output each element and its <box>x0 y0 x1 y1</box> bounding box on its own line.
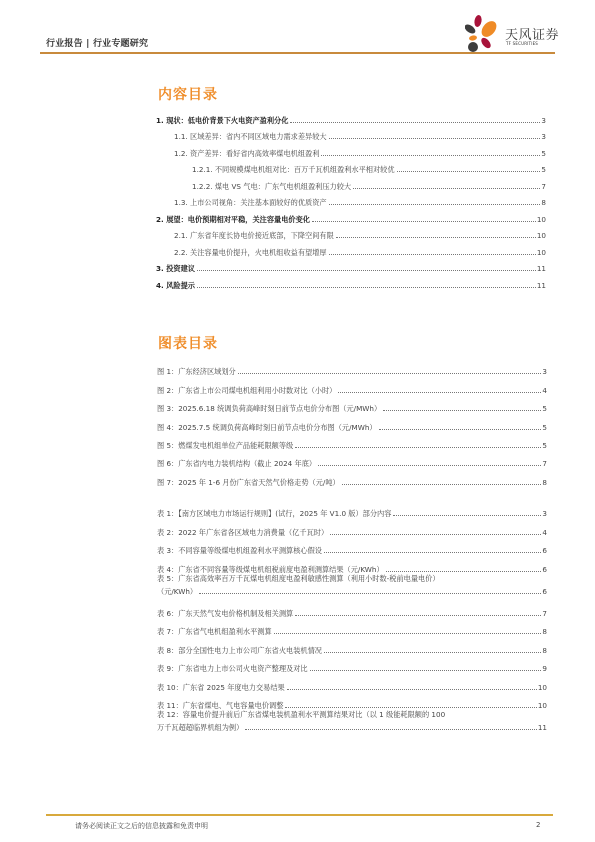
tables-list: 表 1：【南方区域电力市场运行规则】(试行，2025 年 V1.0 版）部分内容… <box>157 500 547 736</box>
toc-entry[interactable]: 2.1. 广东省年度长协电价接近底部，下降空间有限10 <box>174 224 546 241</box>
figure-entry[interactable]: 图 6：广东省内电力装机结构（截止 2024 年底）7 <box>157 450 547 468</box>
footer-divider <box>46 814 553 816</box>
figures-tables-title: 图表目录 <box>158 333 218 353</box>
table-entry[interactable]: 表 2：2022 年广东省各区域电力消费量（亿千瓦时）4 <box>157 518 547 536</box>
figure-entry[interactable]: 图 2：广东省上市公司煤电机组利用小时数对比（小时）4 <box>157 376 547 394</box>
table-entry[interactable]: 表 6：广东天然气发电价格机制及相关测算7 <box>157 600 547 618</box>
table-entry[interactable]: 表 12：容量电价提升前后广东省煤电装机盈利水平测算结果对比（以 1 级能耗限额… <box>157 710 547 736</box>
toc-entry[interactable]: 1.1. 区域差异：省内不同区域电力需求差异较大3 <box>174 125 546 142</box>
figure-entry[interactable]: 图 3：2025.6.18 统调负荷高峰时刻日前节点电价分布图（元/MWh）5 <box>157 395 547 413</box>
contents-title: 内容目录 <box>158 84 218 104</box>
page-header: 行业报告 | 行业专题研究 天风证券 TF SECURITIES <box>40 0 560 56</box>
figure-entry[interactable]: 图 5：燃煤发电机组单位产品能耗限额等级5 <box>157 432 547 450</box>
figure-entry[interactable]: 图 7：2025 年 1-6 月份广东省天然气价格走势（元/吨）8 <box>157 468 547 486</box>
logo-subtext: TF SECURITIES <box>506 41 538 46</box>
table-entry[interactable]: 表 8：部分全国性电力上市公司广东省火电装机情况8 <box>157 636 547 654</box>
table-entry[interactable]: 表 10：广东省 2025 年度电力交易结果10 <box>157 673 547 691</box>
table-entry[interactable]: 表 5：广东省高效率百万千瓦煤电机组度电盈利敏感性测算（利用小时数-税前电量电价… <box>157 574 547 600</box>
table-entry[interactable]: 表 11：广东省煤电、气电容量电价调整10 <box>157 692 547 710</box>
table-entry[interactable]: 表 9：广东省电力上市公司火电资产整理及对比9 <box>157 655 547 673</box>
toc-entry[interactable]: 4. 风险提示11 <box>156 273 546 290</box>
figure-entry[interactable]: 图 4：2025.7.5 统调负荷高峰时刻日前节点电价分布图（元/MWh）5 <box>157 413 547 431</box>
table-entry[interactable]: 表 3：不同容量等级煤电机组盈利水平测算核心假设6 <box>157 537 547 555</box>
figures-list: 图 1：广东经济区域划分3 图 2：广东省上市公司煤电机组利用小时数对比（小时）… <box>157 358 547 487</box>
table-entry[interactable]: 表 7：广东省气电机组盈利水平测算8 <box>157 618 547 636</box>
toc-entry[interactable]: 1. 现状：低电价背景下火电资产盈利分化3 <box>156 108 546 125</box>
figure-entry[interactable]: 图 1：广东经济区域划分3 <box>157 358 547 376</box>
toc-entry[interactable]: 2. 展望：电价预期相对平稳，关注容量电价变化10 <box>156 207 546 224</box>
tf-securities-logo: 天风证券 TF SECURITIES <box>465 14 560 54</box>
table-entry[interactable]: 表 4：广东省不同容量等级煤电机组税前度电盈利测算结果（元/KWh）6 <box>157 555 547 573</box>
report-category: 行业报告 | 行业专题研究 <box>46 36 148 49</box>
table-entry[interactable]: 表 1：【南方区域电力市场运行规则】(试行，2025 年 V1.0 版）部分内容… <box>157 500 547 518</box>
toc-entry[interactable]: 3. 投资建议11 <box>156 257 546 274</box>
disclaimer-text: 请务必阅读正文之后的信息披露和免责申明 <box>75 821 208 831</box>
toc-entry[interactable]: 1.2.1. 不同规模煤电机组对比：百万千瓦机组盈利水平相对较优5 <box>192 158 546 175</box>
contents-list: 1. 现状：低电价背景下火电资产盈利分化3 1.1. 区域差异：省内不同区域电力… <box>156 108 546 290</box>
toc-entry[interactable]: 1.3. 上市公司视角：关注基本面较好的优质资产8 <box>174 191 546 208</box>
toc-entry[interactable]: 1.2. 资产差异：看好省内高效率煤电机组盈利5 <box>174 141 546 158</box>
logo-petals-icon <box>465 14 503 54</box>
toc-entry[interactable]: 2.2. 关注容量电价提升，火电机组收益有望增厚10 <box>174 240 546 257</box>
page-number: 2 <box>536 821 540 829</box>
header-divider <box>40 52 555 54</box>
toc-entry[interactable]: 1.2.2. 煤电 VS 气电：广东气电机组盈利压力较大7 <box>192 174 546 191</box>
